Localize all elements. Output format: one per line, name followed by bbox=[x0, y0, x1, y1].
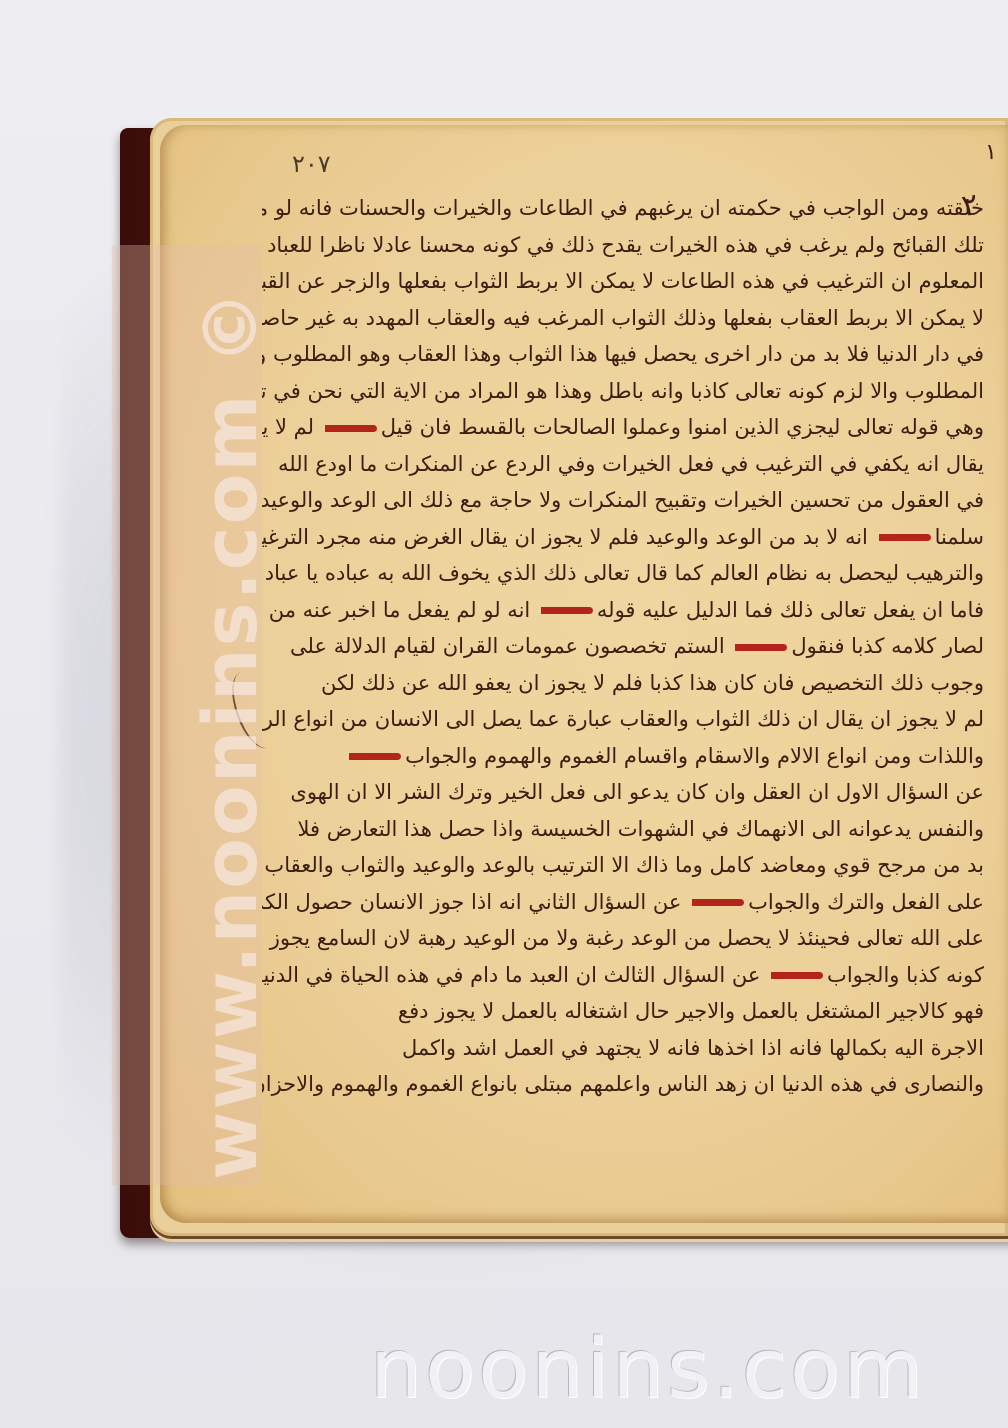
manuscript-line: واللذات ومن انواع الالام والاسقام واقسام… bbox=[262, 738, 984, 775]
page-number: ٢٠٧ bbox=[292, 150, 331, 178]
manuscript-line: فاما ان يفعل تعالى ذلك فما الدليل عليه ق… bbox=[262, 592, 984, 629]
manuscript-line: على الفعل والترك والجواب عن السؤال الثان… bbox=[262, 884, 984, 921]
manuscript-line: والنفس يدعوانه الى الانهماك في الشهوات ا… bbox=[262, 811, 984, 848]
manuscript-line: وهي قوله تعالى ليجزي الذين امنوا وعملوا … bbox=[262, 409, 984, 446]
manuscript-line: لا يمكن الا بربط العقاب بفعلها وذلك الثو… bbox=[262, 300, 984, 337]
manuscript-line: المعلوم ان الترغيب في هذه الطاعات لا يمك… bbox=[262, 263, 984, 300]
manuscript-line: عن السؤال الاول ان العقل وان كان يدعو ال… bbox=[262, 774, 984, 811]
watermark-vertical: www.noonins.com © bbox=[188, 289, 274, 1180]
manuscript-line: يقال انه يكفي في الترغيب في فعل الخيرات … bbox=[262, 446, 984, 483]
manuscript-line: خلقته ومن الواجب في حكمته ان يرغبهم في ا… bbox=[262, 190, 984, 227]
watermark-bottom: noonins.com bbox=[338, 1322, 958, 1417]
rubric-overline-mark bbox=[879, 534, 931, 541]
rubric-overline-mark bbox=[735, 644, 787, 651]
manuscript-line: في دار الدنيا فلا بد من دار اخرى يحصل في… bbox=[262, 336, 984, 373]
rubric-overline-mark bbox=[771, 972, 823, 979]
rubric-overline-mark bbox=[325, 425, 377, 432]
rubric-overline-mark bbox=[541, 607, 593, 614]
manuscript-line: بد من مرجح قوي ومعاضد كامل وما ذاك الا ا… bbox=[262, 847, 984, 884]
manuscript-line: في العقول من تحسين الخيرات وتقبيح المنكر… bbox=[262, 482, 984, 519]
margin-note-top: ١ bbox=[985, 140, 997, 165]
manuscript-line: كونه كذبا والجواب عن السؤال الثالث ان ال… bbox=[262, 957, 984, 994]
manuscript-line: والترهيب ليحصل به نظام العالم كما قال تع… bbox=[262, 555, 984, 592]
manuscript-line: الاجرة اليه بكمالها فانه اذا اخذها فانه … bbox=[262, 1030, 984, 1067]
manuscript-line: لم لا يجوز ان يقال ان ذلك الثواب والعقاب… bbox=[262, 701, 984, 738]
manuscript-line: لصار كلامه كذبا فنقول الستم تخصصون عموما… bbox=[262, 628, 984, 665]
manuscript-line: على الله تعالى فحينئذ لا يحصل من الوعد ر… bbox=[262, 920, 984, 957]
rubric-overline-mark bbox=[692, 899, 744, 906]
rubric-overline-mark bbox=[349, 753, 401, 760]
manuscript-line: والنصارى في هذه الدنيا ان زهد الناس واعل… bbox=[262, 1066, 984, 1103]
manuscript-text: خلقته ومن الواجب في حكمته ان يرغبهم في ا… bbox=[262, 190, 984, 1103]
manuscript-line: فهو كالاجير المشتغل بالعمل والاجير حال ا… bbox=[262, 993, 984, 1030]
manuscript-line: تلك القبائح ولم يرغب في هذه الخيرات يقدح… bbox=[262, 227, 984, 264]
manuscript-line: المطلوب والا لزم كونه تعالى كاذبا وانه ب… bbox=[262, 373, 984, 410]
manuscript-line: وجوب ذلك التخصيص فان كان هذا كذبا فلم لا… bbox=[262, 665, 984, 702]
manuscript-line: سلمنا انه لا بد من الوعد والوعيد فلم لا … bbox=[262, 519, 984, 556]
